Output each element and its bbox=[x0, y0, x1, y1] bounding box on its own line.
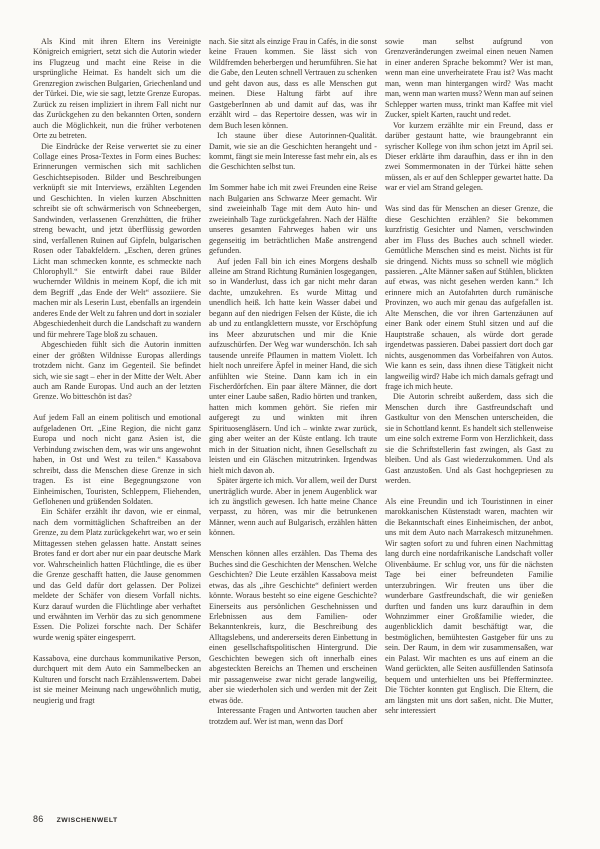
text-column-middle: nach. Sie sitzt als einzige Frau in Café… bbox=[209, 37, 377, 727]
text-column-left: Als Kind mit ihren Eltern ins Vereinigte… bbox=[33, 37, 201, 727]
text-columns: Als Kind mit ihren Eltern ins Vereinigte… bbox=[33, 37, 552, 727]
paragraph: Ein Schäfer erzählt ihr davon, wie er ei… bbox=[33, 507, 201, 643]
paragraph: Als Kind mit ihren Eltern ins Vereinigte… bbox=[33, 37, 201, 142]
paragraph: Die Eindrücke der Reise verwertet sie zu… bbox=[33, 142, 201, 341]
paragraph: Menschen können alles erzählen. Das Them… bbox=[209, 549, 377, 706]
paragraph: Abgeschieden fühlt sich die Autorin inmi… bbox=[33, 340, 201, 403]
text-column-right: sowie man selbst aufgrund von Grenzverän… bbox=[385, 37, 553, 727]
journal-title: ZWISCHENWELT bbox=[57, 817, 118, 824]
paragraph: nach. Sie sitzt als einzige Frau in Café… bbox=[209, 37, 377, 131]
paragraph: Später ärgerte ich mich. Vor allem, weil… bbox=[209, 476, 377, 539]
paragraph: Als eine Freundin und ich Touristinnen i… bbox=[385, 497, 553, 717]
paragraph: Vor kurzem erzählte mir ein Freund, dass… bbox=[385, 121, 553, 194]
paragraph: Kassabova, eine durchaus kommunikative P… bbox=[33, 654, 201, 706]
paragraph: Interessante Fragen und Antworten tauche… bbox=[209, 706, 377, 727]
paragraph: Auf jeden Fall bin ich eines Morgens des… bbox=[209, 257, 377, 477]
paragraph: Im Sommer habe ich mit zwei Freunden ein… bbox=[209, 183, 377, 256]
paragraph: Auf jedem Fall an einem politisch und em… bbox=[33, 413, 201, 507]
paragraph: sowie man selbst aufgrund von Grenzverän… bbox=[385, 37, 553, 121]
page-footer: 86 ZWISCHENWELT bbox=[33, 814, 118, 824]
page-number: 86 bbox=[33, 814, 44, 824]
paragraph: Ich staune über diese Autorinnen-Qualitä… bbox=[209, 131, 377, 173]
magazine-page: Als Kind mit ihren Eltern ins Vereinigte… bbox=[0, 0, 600, 849]
paragraph: Die Autorin schreibt außerdem, dass sich… bbox=[385, 392, 553, 486]
paragraph: Was sind das für Menschen an dieser Gren… bbox=[385, 204, 553, 392]
